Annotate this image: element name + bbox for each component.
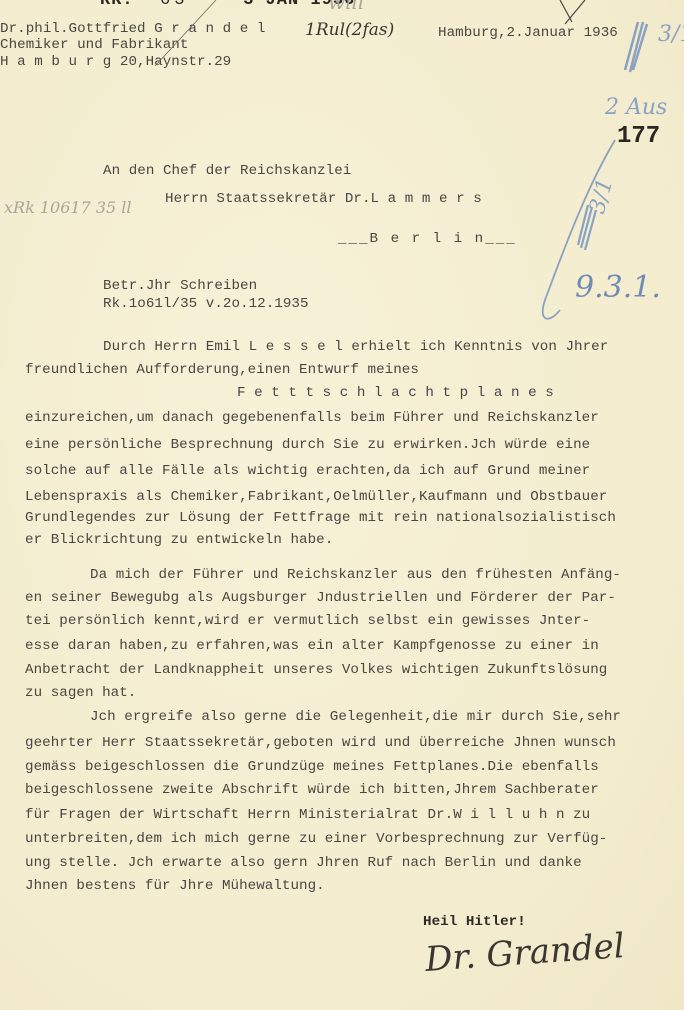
body-line: zu sagen hat.: [25, 684, 136, 703]
page-number: 177: [617, 123, 660, 150]
body-line: beigeschlossene zweite Abschrift würde i…: [25, 781, 599, 800]
body-line: Lebenspraxis als Chemiker,Fabrikant,Oelm…: [25, 488, 607, 507]
sender-address: H a m b u r g 20,Haynstr.29: [0, 53, 231, 72]
recipient-city: ___B e r l i n___: [338, 230, 517, 249]
subject-line-1: Betr.Jhr Schreiben: [103, 277, 257, 296]
sender-margin-note: 1Rul(2fas): [305, 20, 394, 40]
body-line: Durch Herrn Emil L e s s e l erhielt ich…: [103, 338, 608, 357]
body-line: Jch ergreife also gerne die Gelegenheit,…: [90, 708, 621, 727]
top-right-pencil-note: 3/1: [658, 22, 684, 47]
x-mark-icon: [560, 0, 585, 24]
body-line: eine persönliche Besprechnung durch Sie …: [25, 436, 590, 455]
left-margin-reference: xRk 10617 35 ll: [4, 198, 132, 217]
body-line: en seiner Bewegubg als Augsburger Jndust…: [25, 589, 616, 608]
signature: Dr. Grandel: [424, 926, 626, 980]
body-line: ung stelle. Jch erwarte also gern Jhren …: [25, 854, 582, 873]
registry-stamp-number: 63: [160, 0, 188, 10]
recipient-line-1: An den Chef der Reichskanzlei: [103, 162, 351, 181]
body-line: einzureichen,um danach gegebenenfalls be…: [25, 409, 599, 428]
copies-note: 2 Aus: [605, 95, 667, 120]
body-line: er Blickrichtung zu entwickeln habe.: [25, 531, 333, 550]
stamp-handwritten-note: will: [328, 0, 364, 14]
body-line: geehrter Herr Staatssekretär,geboten wir…: [25, 734, 616, 753]
body-line: Da mich der Führer und Reichskanzler aus…: [90, 566, 621, 585]
body-line: für Fragen der Wirtschaft Herrn Minister…: [25, 806, 590, 825]
body-line: esse daran haben,zu erfahren,was ein alt…: [25, 637, 599, 656]
closing-salutation: Heil Hitler!: [423, 913, 526, 932]
plan-title: F e t t t s c h l a c h t p l a n e s: [237, 384, 554, 403]
subject-line-2: Rk.1o61l/35 v.2o.12.1935: [103, 295, 309, 314]
right-margin-pencil-note: 3/1: [585, 176, 618, 217]
body-line: Jhnen bestens für Jhre Mühewaltung.: [25, 877, 325, 896]
pencil-hatching-top: [625, 22, 647, 72]
body-line: freundlichen Aufforderung,einen Entwurf …: [25, 361, 419, 380]
body-line: Anbetracht der Landknappheit unseres Vol…: [25, 661, 607, 680]
body-line: unterbreiten,dem ich mich gerne zu einer…: [25, 830, 607, 849]
body-line: gemäss beigeschlossen die Grundzüge mein…: [25, 758, 599, 777]
registry-stamp-label: RK.: [100, 0, 134, 10]
body-line: solche auf alle Fälle als wichtig eracht…: [25, 462, 590, 481]
right-margin-date-note: 9.3.1.: [575, 270, 661, 305]
place-date: Hamburg,2.Januar 1936: [438, 24, 618, 43]
recipient-line-2: Herrn Staatssekretär Dr.L a m m e r s: [165, 190, 482, 209]
body-line: Grundlegendes zur Lösung der Fettfrage m…: [25, 509, 616, 528]
letter-page: RK. 63 *3 JAN 1936 will Dr.phil.Gottfrie…: [0, 0, 684, 1010]
body-line: tei persönlich kennt,wird er vermutlich …: [25, 612, 590, 631]
